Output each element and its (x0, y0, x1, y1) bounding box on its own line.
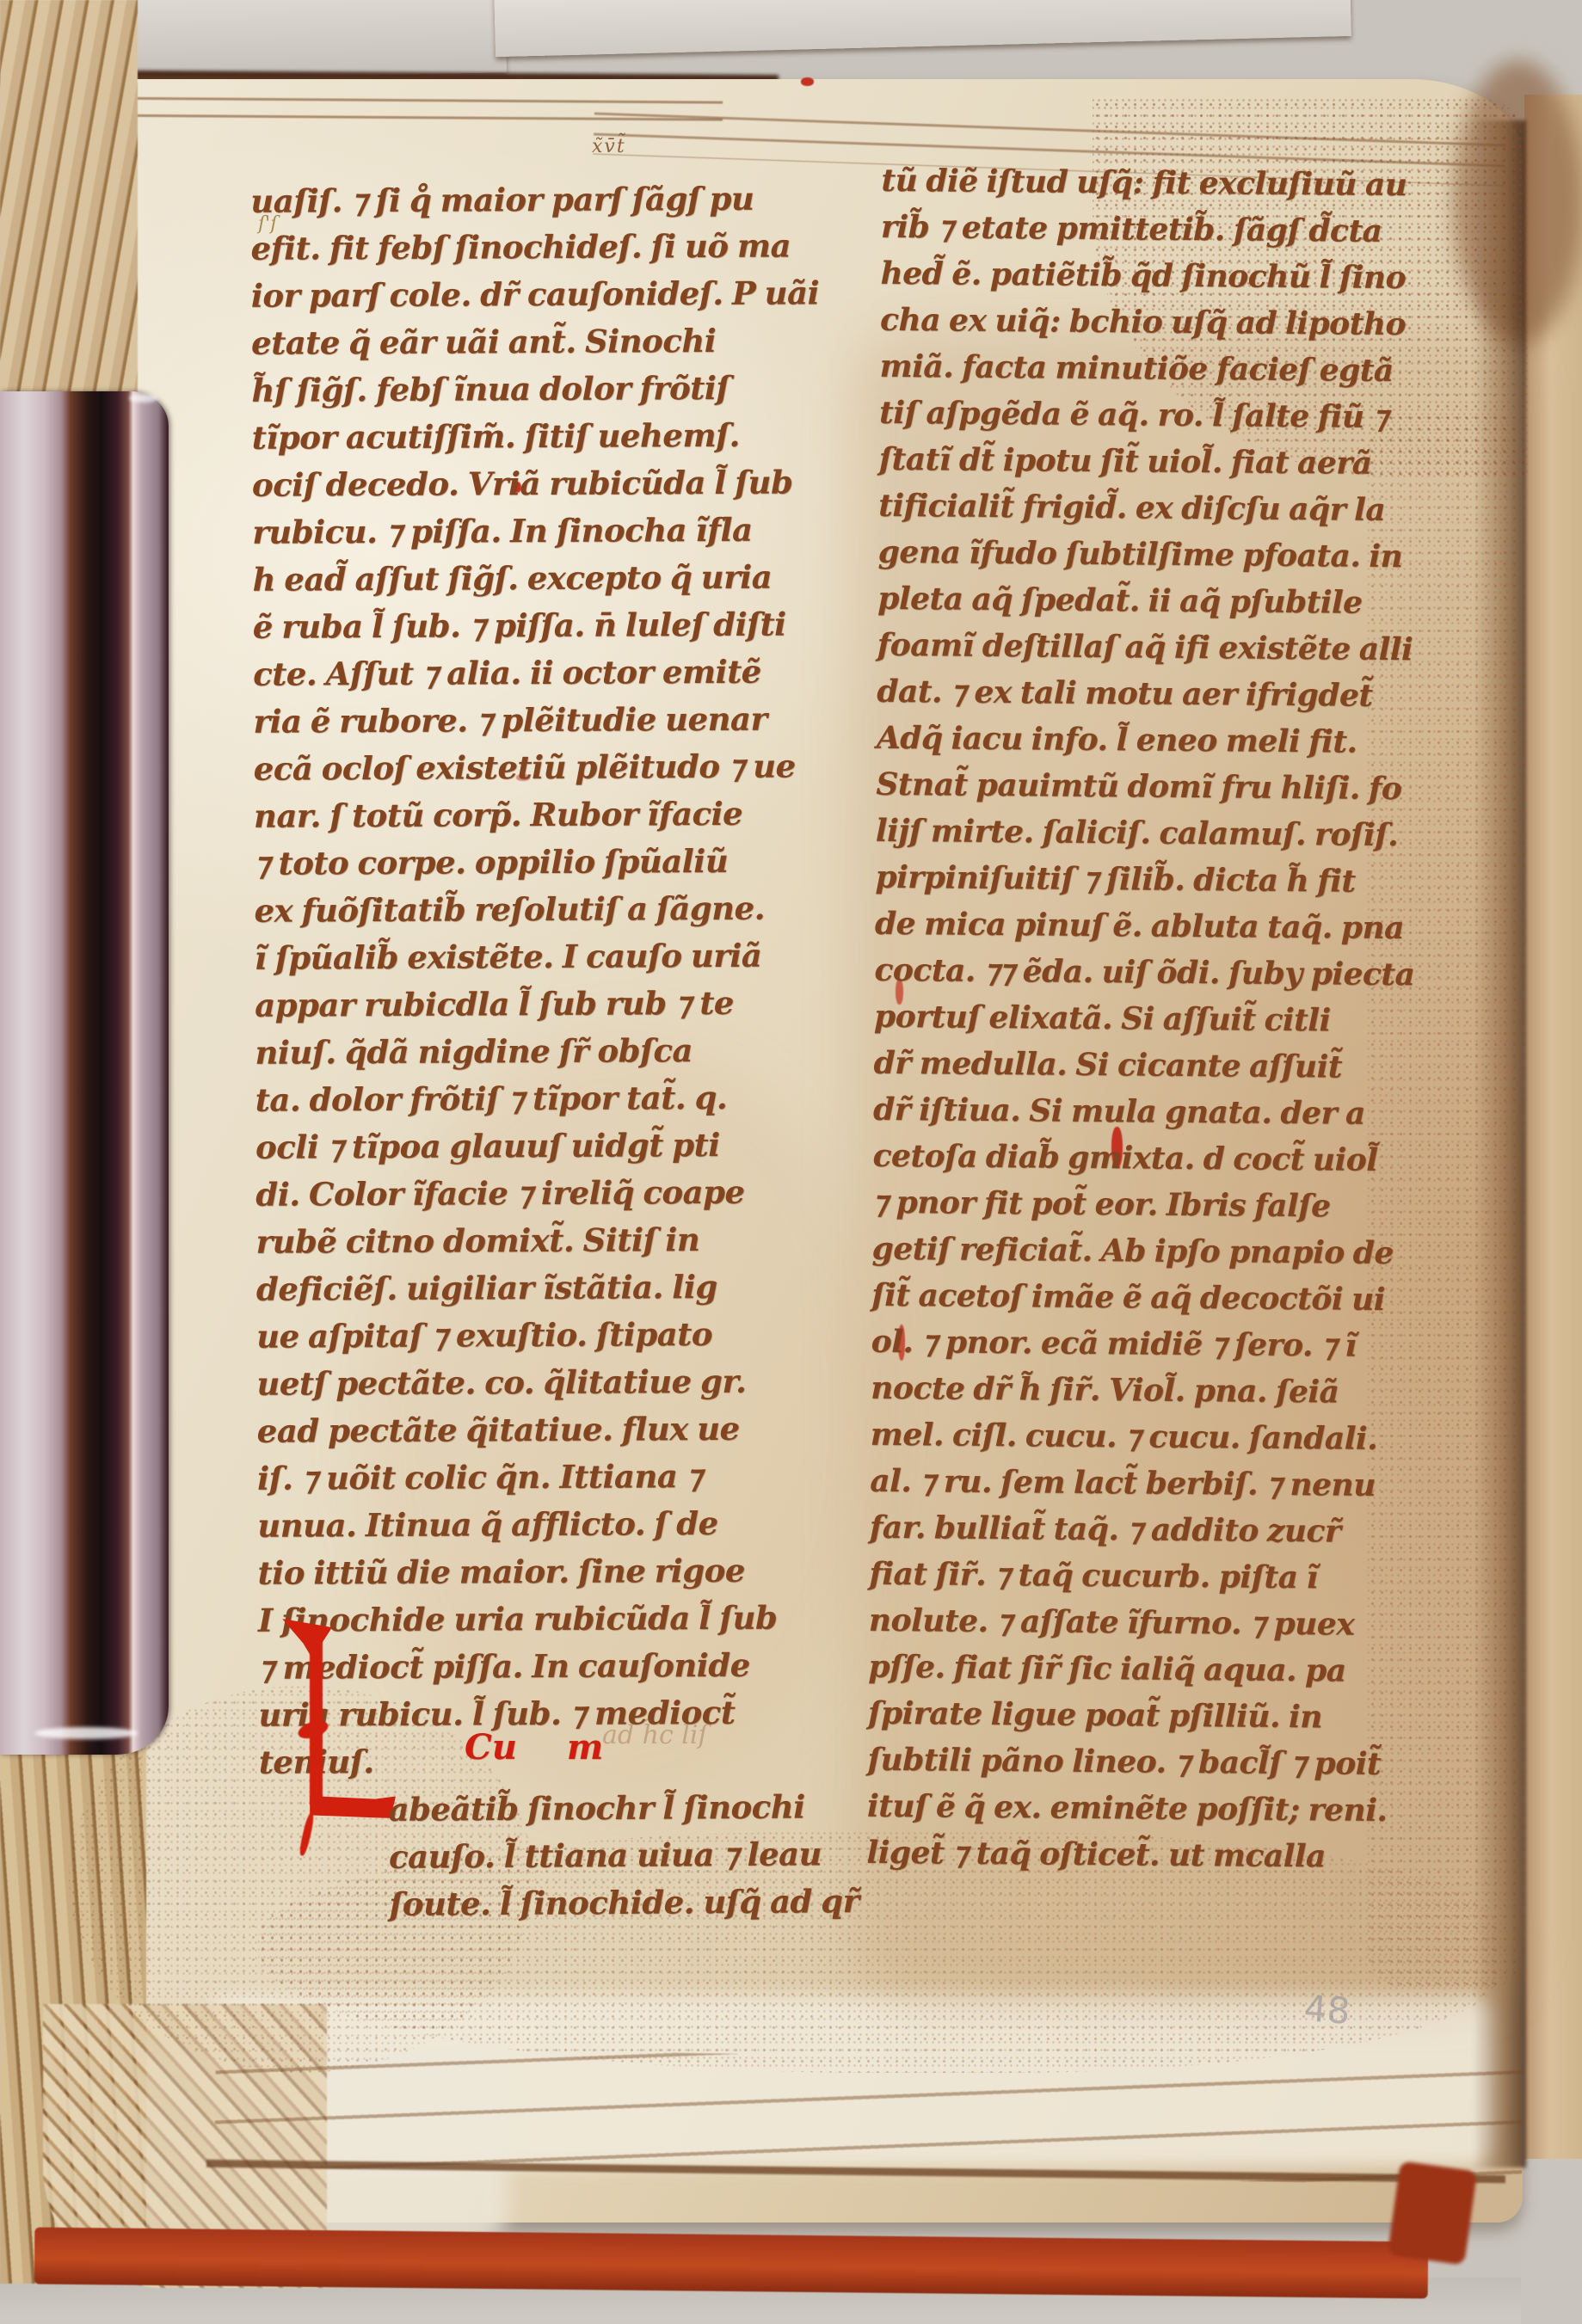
initial-L-foot (310, 1796, 396, 1818)
manuscript-line: cocta. ⁊⁊ ẽda. uiſ õdi. ſuby piecta (874, 947, 1517, 999)
manuscript-line: tificialit̃ frigid̃. ex diſcſu aq̃r la (878, 483, 1522, 535)
manuscript-line: fiat ſir̃. ⁊ taq̃ cucurb. piſta ĩ (869, 1551, 1512, 1603)
facing-page-edge (1524, 95, 1582, 2159)
manuscript-line: portuſ elixatã. Si aſſuit̃ citli (874, 993, 1517, 1046)
manuscript-line: rubicu. ⁊ piſſa. In ſinocha ĩfla (252, 506, 827, 556)
manuscript-line: uetſ pectãte. co. q̃litatiue gr. (256, 1357, 831, 1407)
manuscript-line: tiſ aſpgẽda ẽ aq̃. ro. l̃ ſalte fiũ ⁊ (879, 390, 1523, 442)
manuscript-line: deficiẽſ. uigiliar ĩstãtia. lig (256, 1263, 831, 1313)
manuscript-line: uaſiſ. ⁊ ſi q̊ maior parſ ſãgſ pu (250, 175, 825, 224)
manuscript-line: pirpiniſuitiſ ⁊ ſilib̃. dicta h̃ fit (875, 854, 1518, 907)
manuscript-line: ſtatĩ dt̃ ipotu ſit̃ uiol̃. fiat aerã (878, 436, 1522, 489)
manuscript-line: appar rubicdla l̃ ſub rub ⁊ te (255, 979, 829, 1029)
clip-glint (34, 1727, 138, 1739)
manuscript-line: miã. facta minutiõe facieſ egtã (879, 343, 1523, 396)
manuscript-line: cte. Aſſut ⁊ alia. ii octor emitẽ (253, 648, 828, 698)
rubric-incipit: Cu m (465, 1727, 603, 1768)
initial-L: L (277, 1619, 397, 1877)
manuscript-line: al. ⁊ ru. ſem lact̃ berbiſ. ⁊ nenu (870, 1458, 1513, 1510)
manuscript-line: cetoſa diab̃ gmixta. d coct̃ uiol̃ (872, 1133, 1516, 1185)
manuscript-photo: x̃v̄t̃ ſ'ſ uaſiſ. ⁊ ſi q̊ maior parſ ſãg… (0, 0, 1582, 2324)
manuscript-line: ecã ocloſ existetiũ plẽitudo ⁊ ue (254, 742, 828, 792)
manuscript-line: cha ex uiq̃: bchio uſq̃ ad lipotho (880, 297, 1524, 349)
manuscript-line: ⁊ pnor fit pot̃ eor. Ibris falſe (872, 1179, 1516, 1232)
manuscript-line: gena ĩfudo ſubtilſime pfoata. in (877, 529, 1521, 581)
manuscript-line: ⁊ toto corpe. oppilio ſpũaliũ (254, 837, 828, 887)
manuscript-line: hed̃ ẽ. patiẽtib̃ q̃d ſinochũ l̃ ſino (880, 250, 1524, 303)
manuscript-line: efit. fit febſ ſinochideſ. ſi uõ ma (250, 222, 825, 272)
manuscript-line: pſſe. fiat ſir̃ ſic ialiq̃ aqua. pa (868, 1644, 1511, 1696)
manuscript-line: tĩpor acutiſſim̃. ſitiſ uehemſ. (252, 411, 827, 461)
manuscript-line: lijſ mirte. ſaliciſ. calamuſ. roſiſ. (876, 808, 1519, 860)
manuscript-line: rubẽ citno domixt̃. Sitiſ in (255, 1215, 830, 1265)
text-column-left: uaſiſ. ⁊ ſi q̊ maior parſ ſãgſ puefit. f… (250, 175, 834, 1786)
manuscript-line: dr̃ iſtiua. Si mula gnata. der a (873, 1086, 1517, 1139)
text-column-left-after-initial: abeãtib̃ ſinochr l̃ ſinochicauſo. l̃ tti… (388, 1783, 845, 1928)
clip-glint (129, 394, 158, 403)
manuscript-line: rib̃ ⁊ etate pmittetib̃. ſãgſ d̃cta (881, 204, 1524, 256)
manuscript-line: ſpirate ligue poat̃ pſilliũ. in (868, 1690, 1511, 1743)
manuscript-line: nar. ſ totũ corp̃. Rubor ĩfacie (254, 790, 828, 839)
manuscript-line: ta. dolor frõtiſ ⁊ tĩpor tat̃. q. (255, 1073, 830, 1123)
initial-L-letter: L (277, 1619, 278, 1620)
manuscript-line: ĩ ſpũalib̃ existẽte. I cauſo uriã (255, 931, 829, 981)
manuscript-line: niuſ. q̃dã nigdine ſr̃ obſca (255, 1026, 829, 1076)
manuscript-line: de mica pinuſ ẽ. abluta taq̃. pna (875, 901, 1518, 953)
manuscript-line: di. Color ĩfacie ⁊ ireliq̃ coape (255, 1168, 830, 1218)
manuscript-line: unua. Itinua q̃ afflicto. ſ de (257, 1499, 832, 1549)
manuscript-line: h̃ſ ſig̃ſ. febſ ĩnua dolor frõtiſ (251, 364, 826, 414)
manuscript-line: iſ. ⁊ uõit colic q̃n. Ittiana ⁊ (257, 1452, 832, 1502)
manuscript-line: ſubtili pãno lineo. ⁊ bacl̃ſ ⁊ poit̃ (867, 1737, 1511, 1789)
manuscript-line: ue aſpitaſ ⁊ exuſtio. ſtipato (256, 1310, 831, 1360)
manuscript-line: foamĩ deſtillaſ aq̃ ifi existẽte alli (877, 622, 1521, 674)
red-cover-edge-right (1388, 2161, 1477, 2265)
manuscript-line: dat. ⁊ ex tali motu aer ifrigdet̃ (877, 668, 1520, 721)
manuscript-line: cauſo. l̃ ttiana uiua ⁊ leau (389, 1830, 845, 1881)
manuscript-line: far. bulliat̃ taq̃. ⁊ addito zucr̃ (870, 1504, 1513, 1557)
manuscript-line: ex fuõſitatib̃ reſolutiſ a ſãgne. (254, 884, 828, 934)
manuscript-line: Stnat̃ pauimtũ domĩ fru hliſi. fo (876, 761, 1519, 814)
manuscript-line: nolute. ⁊ aſſate ĩfurno. ⁊ puex (869, 1597, 1512, 1650)
manuscript-line: Adq̃ iacu info. l̃ eneo meli fit. (877, 715, 1520, 767)
faint-annotation: ad h̃c liſ (602, 1720, 708, 1750)
folio-number-pencil: 48 (1302, 1987, 1351, 2032)
initial-L-tail (298, 1813, 315, 1857)
manuscript-line: abeãtib̃ ſinochr l̃ ſinochi (388, 1783, 844, 1834)
initial-L-flare (282, 1619, 332, 1658)
bookmark-tab-right (494, 0, 1351, 57)
ink-fleck (801, 77, 814, 86)
manuscript-line: getiſ reficiat̃. Ab ipſo pnapio de (871, 1226, 1515, 1278)
manuscript-line: liget̃ ⁊ taq̃ oſticet̃. ut mcalla (866, 1829, 1510, 1882)
manuscript-line: ſoute. l̃ ſinochide. uſq̃ ad qr̃ (389, 1878, 845, 1928)
manuscript-line: h ead̃ aſſut ſig̃ſ. excepto q̃ uria (252, 553, 827, 603)
manuscript-line: ituſ ẽ q̃ ex. eminẽte poſſit; reni. (867, 1783, 1511, 1835)
text-column-right: tũ diẽ iſtud uſq̃: fit excluſiuũ aurib̃ … (866, 157, 1524, 1881)
manuscript-line: ol. ⁊ pnor. ecã midiẽ ⁊ ſero. ⁊ ĩ (871, 1319, 1514, 1371)
left-page-edges-top (0, 0, 138, 404)
manuscript-line: nocte dr̃ h̃ ſir̃. Viol̃. pna. ſeiã (871, 1365, 1514, 1417)
manuscript-line: ẽ ruba l̃ ſub. ⁊ piſſa. n̄ luleſ diſti (253, 600, 828, 650)
manuscript-line: etate q̃ eãr uãi ant̃. Sinochi (251, 317, 826, 366)
manuscript-line: tio ittiũ die maior. ſine rigoe (257, 1546, 832, 1596)
manuscript-line: ead pectãte q̃itatiue. flux ue (257, 1405, 832, 1454)
manuscript-line: pleta aq̃ ſpedat̃. ii aq̃ pſubtile (877, 575, 1521, 628)
manuscript-line: ociſ decedo. Vriã rubicũda l̃ ſub (252, 458, 827, 508)
manuscript-line: ſit̃ acetoſ imãe ẽ aq̃ decoctõi ui (871, 1272, 1515, 1325)
page-holder-clip (0, 391, 169, 1755)
manuscript-line: ria ẽ rubore. ⁊ plẽitudie uenar (253, 695, 828, 745)
manuscript-line: ior parſ cole. dr̃ cauſonideſ. P uãi (251, 269, 826, 319)
manuscript-line: mel. ciſl. cucu. ⁊ cucu. ſandali. (871, 1411, 1514, 1464)
manuscript-line: ocli ⁊ tĩpoa glauuſ uidgt̃ pti (255, 1121, 830, 1171)
quire-mark: x̃v̄t̃ (592, 136, 626, 157)
manuscript-line: dr̃ medulla. Si cicante aſſuit̃ (873, 1040, 1517, 1092)
manuscript-line: tũ diẽ iſtud uſq̃: fit excluſiuũ au (881, 157, 1524, 210)
